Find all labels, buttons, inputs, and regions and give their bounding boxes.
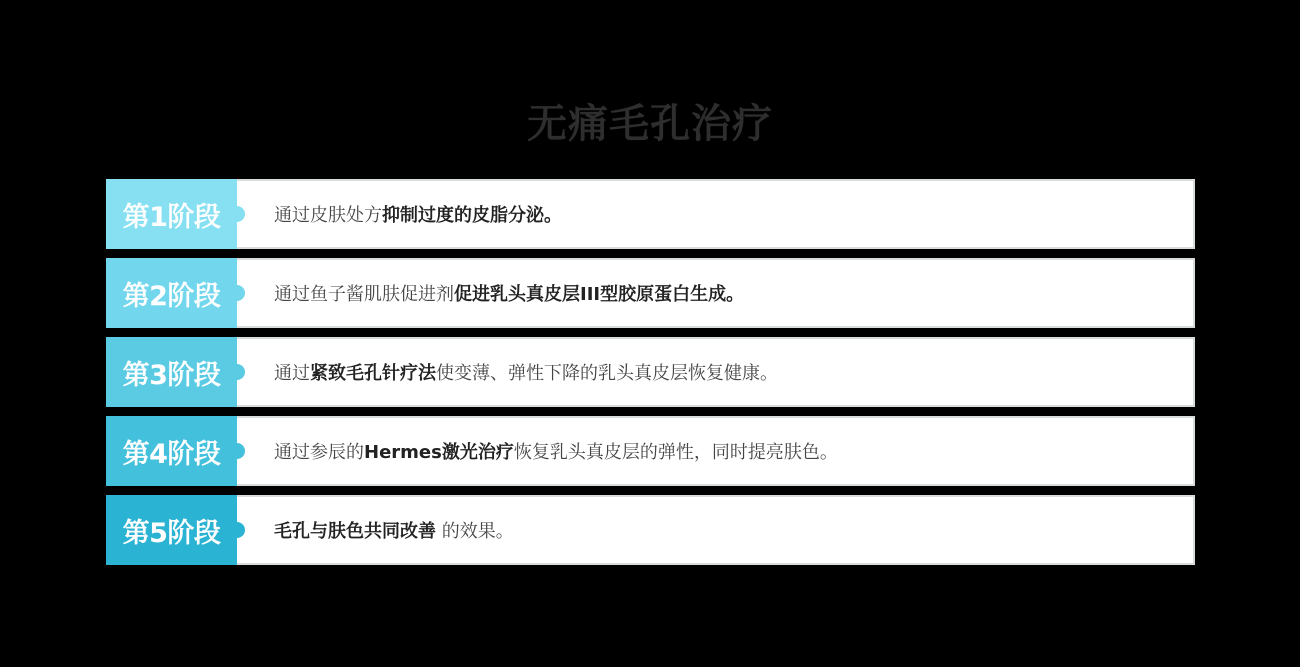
stage-label: 第3阶段 (123, 353, 221, 392)
notch-circle-icon (229, 285, 245, 301)
desc-highlight: 毛孔与肤色共同改善 (274, 521, 436, 542)
stage-row-3: 第3阶段 通过紧致毛孔针疗法使变薄、弹性下降的乳头真皮层恢复健康。 (106, 337, 1195, 407)
stage-row-1: 第1阶段 通过皮肤处方抑制过度的皮脂分泌。 (106, 179, 1195, 249)
stage-badge: 第1阶段 (106, 179, 237, 249)
stage-label: 第1阶段 (123, 195, 221, 234)
stage-list: 第1阶段 通过皮肤处方抑制过度的皮脂分泌。 第2阶段 通过鱼子酱肌肤促进剂促进乳… (106, 179, 1195, 574)
stage-label: 第2阶段 (123, 274, 221, 313)
desc-text: 使变薄、弹性下降的乳头真皮层恢复健康。 (436, 363, 778, 384)
desc-highlight: 促进乳头真皮层III型胶原蛋白生成。 (454, 284, 744, 305)
desc-highlight: 抑制过度的皮脂分泌。 (382, 205, 562, 226)
desc-text: 通过鱼子酱肌肤促进剂 (274, 284, 454, 305)
desc-highlight: 紧致毛孔针疗法 (310, 363, 436, 384)
desc-text: 通过参辰的 (274, 442, 364, 463)
stage-description: 通过鱼子酱肌肤促进剂促进乳头真皮层III型胶原蛋白生成。 (274, 280, 744, 306)
stage-row-5: 第5阶段 毛孔与肤色共同改善 的效果。 (106, 495, 1195, 565)
stage-row-2: 第2阶段 通过鱼子酱肌肤促进剂促进乳头真皮层III型胶原蛋白生成。 (106, 258, 1195, 328)
stage-badge: 第2阶段 (106, 258, 237, 328)
notch-circle-icon (229, 522, 245, 538)
desc-text: 通过皮肤处方 (274, 205, 382, 226)
stage-label: 第5阶段 (123, 511, 221, 550)
stage-description: 毛孔与肤色共同改善 的效果。 (274, 517, 514, 543)
stage-description: 通过参辰的Hermes激光治疗恢复乳头真皮层的弹性，同时提亮肤色。 (274, 438, 838, 464)
stage-badge: 第4阶段 (106, 416, 237, 486)
desc-highlight: Hermes激光治疗 (364, 442, 514, 463)
stage-description: 通过紧致毛孔针疗法使变薄、弹性下降的乳头真皮层恢复健康。 (274, 359, 778, 385)
notch-circle-icon (229, 443, 245, 459)
stage-row-4: 第4阶段 通过参辰的Hermes激光治疗恢复乳头真皮层的弹性，同时提亮肤色。 (106, 416, 1195, 486)
notch-circle-icon (229, 364, 245, 380)
desc-text: 的效果。 (436, 521, 514, 542)
stage-badge: 第3阶段 (106, 337, 237, 407)
desc-text: 恢复乳头真皮层的弹性，同时提亮肤色。 (514, 442, 838, 463)
notch-circle-icon (229, 206, 245, 222)
desc-text: 通过 (274, 363, 310, 384)
stage-label: 第4阶段 (123, 432, 221, 471)
stage-description: 通过皮肤处方抑制过度的皮脂分泌。 (274, 201, 562, 227)
page-title: 无痛毛孔治疗 (0, 92, 1300, 149)
stage-badge: 第5阶段 (106, 495, 237, 565)
